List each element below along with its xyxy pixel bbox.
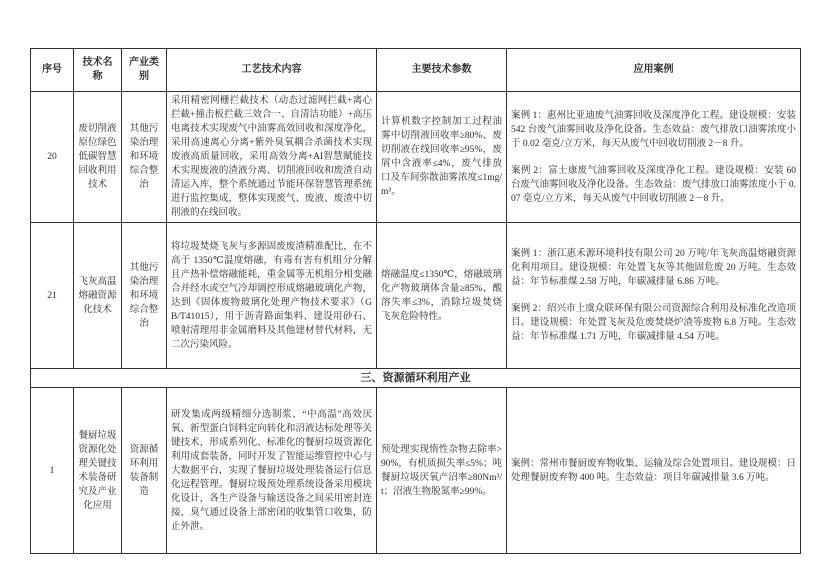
cell-cases: 案例 1：浙江惠禾源环境科技有限公司 20 万吨/年飞灰高温熔融资源化利用项目。… (507, 223, 801, 369)
cell-serial: 20 (31, 92, 74, 223)
cell-tech-name: 飞灰高温熔融资源化技术 (74, 223, 122, 369)
cell-process: 研发集成两级精细分选制浆、“中高温”高效厌氧、新型蛋白饲料定向转化和沼液达标处理… (167, 388, 377, 554)
table-header-row: 序号 技术名称 产业类别 工艺技术内容 主要技术参数 应用案例 (31, 49, 801, 92)
cell-category: 资源循环利用装备制造 (122, 388, 167, 554)
case-paragraph: 案例 1：浙江惠禾源环境科技有限公司 20 万吨/年飞灰高温熔融资源化利用项目。… (511, 247, 796, 289)
header-process: 工艺技术内容 (167, 49, 377, 92)
cell-tech-name: 餐厨垃圾资源化处理关键技术装备研究及产业化应用 (74, 388, 122, 554)
case-paragraph: 案例 2：富士康废气油雾回收及深度净化工程。建设规模：安装 60 台废气油雾回收… (511, 164, 796, 206)
cell-serial: 1 (31, 388, 74, 554)
header-serial: 序号 (31, 49, 74, 92)
header-params: 主要技术参数 (377, 49, 507, 92)
cell-cases: 案例 1：惠州比亚迪废气油雾回收及深度净化工程。建设规模：安装 542 台废气油… (507, 92, 801, 223)
technology-table: 序号 技术名称 产业类别 工艺技术内容 主要技术参数 应用案例 20 废切削液原… (30, 48, 801, 554)
table-row-1: 1 餐厨垃圾资源化处理关键技术装备研究及产业化应用 资源循环利用装备制造 研发集… (31, 388, 801, 554)
header-tech-name: 技术名称 (74, 49, 122, 92)
cell-category: 其他污染治理和环境综合整治 (122, 92, 167, 223)
case-paragraph: 案例：常州市餐厨废弃物收集、运输及综合处置项目。建设规模：日处理餐厨废弃物 40… (511, 457, 796, 485)
header-cases: 应用案例 (507, 49, 801, 92)
cell-params: 计算机数字控制加工过程油雾中切削液回收率≥80%、废切削液在线回收率≥95%，废… (377, 92, 507, 223)
section-header-row: 三、资源循环利用产业 (31, 369, 801, 388)
table-row-20: 20 废切削液原位绿色低碳智慧回收利用技术 其他污染治理和环境综合整治 采用精密… (31, 92, 801, 223)
case-paragraph: 案例 2：绍兴市上虞众联环保有限公司资源综合利用及标准化改造项目。建设规模：年处… (511, 302, 796, 344)
header-category: 产业类别 (122, 49, 167, 92)
cell-params: 熔融温度≤1350℃，熔融玻璃化产物玻璃体含量≥85%、酸溶失率≤3%，消除垃圾… (377, 223, 507, 369)
cell-process: 将垃圾焚烧飞灰与多源固废废渣精准配比，在不高于 1350℃温度熔融，有毒有害有机… (167, 223, 377, 369)
cell-cases: 案例：常州市餐厨废弃物收集、运输及综合处置项目。建设规模：日处理餐厨废弃物 40… (507, 388, 801, 554)
case-paragraph: 案例 1：惠州比亚迪废气油雾回收及深度净化工程。建设规模：安装 542 台废气油… (511, 109, 796, 151)
cell-process: 采用精密网栅拦截技术（动态过滤网拦截+离心拦截+撞击板拦截三效合一、自清洁功能）… (167, 92, 377, 223)
cell-serial: 21 (31, 223, 74, 369)
section-title: 三、资源循环利用产业 (31, 369, 801, 388)
table-row-21: 21 飞灰高温熔融资源化技术 其他污染治理和环境综合整治 将垃圾焚烧飞灰与多源固… (31, 223, 801, 369)
cell-params: 预处理实现惰性杂物去除率>90%，有机质损失率≤5%；吨餐厨垃圾厌氧产沼率≥80… (377, 388, 507, 554)
document-page: 序号 技术名称 产业类别 工艺技术内容 主要技术参数 应用案例 20 废切削液原… (0, 0, 818, 578)
cell-category: 其他污染治理和环境综合整治 (122, 223, 167, 369)
cell-tech-name: 废切削液原位绿色低碳智慧回收利用技术 (74, 92, 122, 223)
